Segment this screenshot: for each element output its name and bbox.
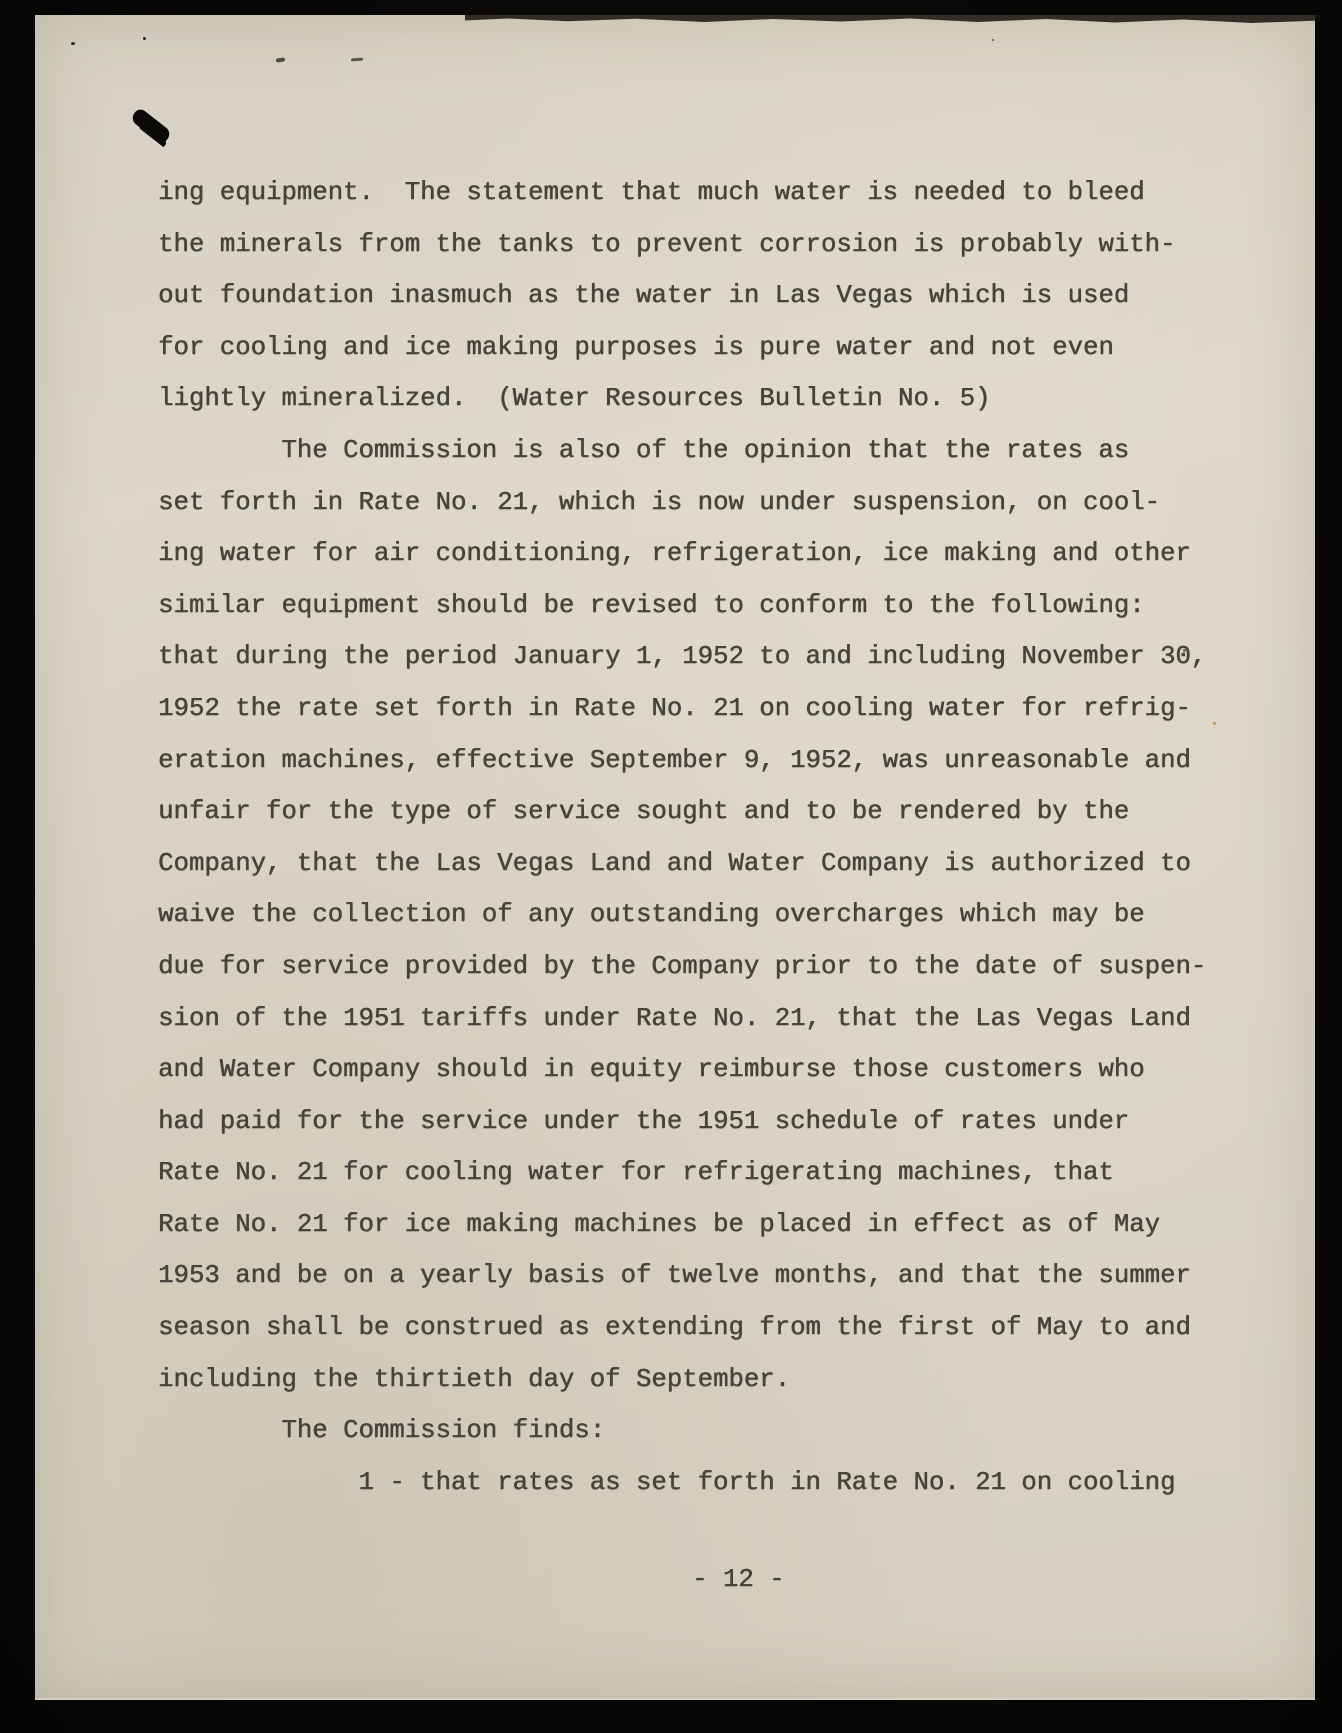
text-line: had paid for the service under the 1951 … [158,1096,1298,1148]
text-line: due for service provided by the Company … [158,941,1298,993]
text-line: 1 - that rates as set forth in Rate No. … [158,1457,1298,1509]
ink-smudge [130,107,173,145]
text-line: The Commission is also of the opinion th… [158,425,1298,477]
text-line: eration machines, effective September 9,… [158,735,1298,787]
paper-speck [992,39,994,41]
text-line: sion of the 1951 tariffs under Rate No. … [158,993,1298,1045]
typewritten-text: ing equipment. The statement that much w… [158,167,1298,1508]
document-page: ing equipment. The statement that much w… [35,15,1315,1700]
text-line: 1953 and be on a yearly basis of twelve … [158,1250,1298,1302]
text-line: ing water for air conditioning, refriger… [158,528,1298,580]
text-line: unfair for the type of service sought an… [158,786,1298,838]
paper-speck [351,58,363,62]
text-line: the minerals from the tanks to prevent c… [158,219,1298,271]
text-line: season shall be construed as extending f… [158,1302,1298,1354]
text-line: for cooling and ice making purposes is p… [158,322,1298,374]
text-line: The Commission finds: [158,1405,1298,1457]
text-line: 1952 the rate set forth in Rate No. 21 o… [158,683,1298,735]
paper-speck [143,37,146,40]
text-line: set forth in Rate No. 21, which is now u… [158,477,1298,529]
text-line: out foundation inasmuch as the water in … [158,270,1298,322]
text-line: Company, that the Las Vegas Land and Wat… [158,838,1298,890]
text-line: lightly mineralized. (Water Resources Bu… [158,373,1298,425]
text-line: ing equipment. The statement that much w… [158,167,1298,219]
page-number: - 12 - [692,1554,785,1606]
paper-speck [71,42,75,45]
paper-speck [276,57,285,62]
text-line: including the thirtieth day of September… [158,1354,1298,1406]
scan-background: ing equipment. The statement that much w… [0,0,1342,1733]
text-line: that during the period January 1, 1952 t… [158,631,1298,683]
text-line: Rate No. 21 for ice making machines be p… [158,1199,1298,1251]
text-line: Rate No. 21 for cooling water for refrig… [158,1147,1298,1199]
torn-top-edge [465,15,1320,25]
text-line: waive the collection of any outstanding … [158,889,1298,941]
text-line: similar equipment should be revised to c… [158,580,1298,632]
text-line: and Water Company should in equity reimb… [158,1044,1298,1096]
